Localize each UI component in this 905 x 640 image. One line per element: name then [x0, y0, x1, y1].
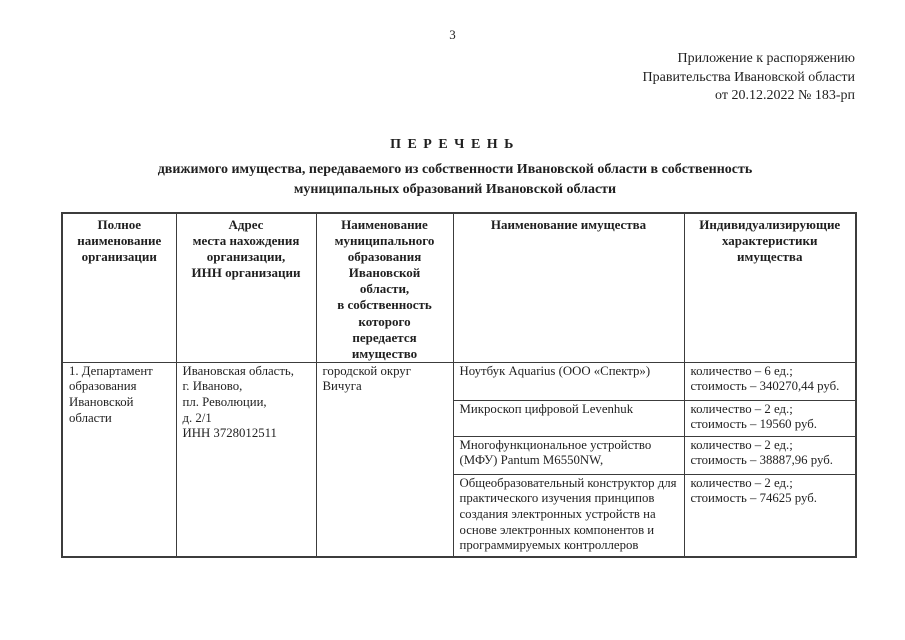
cell-address: Ивановская область, г. Иваново, пл. Рево… — [176, 362, 316, 556]
subtitle-line: муниципальных образований Ивановской обл… — [65, 180, 845, 200]
document-page: { "page": { "number": "3", "annotation":… — [0, 0, 905, 640]
document-title: П Е Р Е Ч Е Н Ь — [0, 137, 905, 153]
cell-item-characteristics: количество – 6 ед.; стоимость – 340270,4… — [684, 362, 856, 400]
annotation-line: Приложение к распоряжению — [643, 50, 855, 69]
cell-item-name: Ноутбук Aquarius (ООО «Спектр») — [453, 362, 684, 400]
header-address: Адрес места нахождения организации, ИНН … — [176, 213, 316, 362]
header-organization: Полное наименование организации — [62, 213, 176, 362]
page-number: 3 — [0, 27, 905, 43]
header-municipality: Наименование муниципального образования … — [316, 213, 453, 362]
cell-item-characteristics: количество – 2 ед.; стоимость – 74625 ру… — [684, 474, 856, 556]
header-property-name: Наименование имущества — [453, 213, 684, 362]
cell-item-name: Многофункциональное устройство (МФУ) Pan… — [453, 436, 684, 474]
header-characteristics: Индивидуализирующие характеристики имуще… — [684, 213, 856, 362]
cell-municipality: городской округ Вичуга — [316, 362, 453, 556]
cell-organization: 1. Департамент образования Ивановской об… — [62, 362, 176, 556]
subtitle-line: движимого имущества, передаваемого из со… — [65, 160, 845, 180]
table-header-row: Полное наименование организации Адрес ме… — [62, 213, 856, 362]
annotation-block: Приложение к распоряжению Правительства … — [643, 50, 855, 106]
annotation-line: от 20.12.2022 № 183-рп — [643, 87, 855, 106]
table-row: 1. Департамент образования Ивановской об… — [62, 362, 856, 400]
cell-item-characteristics: количество – 2 ед.; стоимость – 38887,96… — [684, 436, 856, 474]
cell-item-name: Микроскоп цифровой Levenhuk — [453, 400, 684, 436]
document-subtitle: движимого имущества, передаваемого из со… — [65, 160, 845, 199]
property-table: Полное наименование организации Адрес ме… — [61, 212, 857, 558]
cell-item-name: Общеобразовательный конструктор для прак… — [453, 474, 684, 556]
annotation-line: Правительства Ивановской области — [643, 69, 855, 88]
cell-item-characteristics: количество – 2 ед.; стоимость – 19560 ру… — [684, 400, 856, 436]
